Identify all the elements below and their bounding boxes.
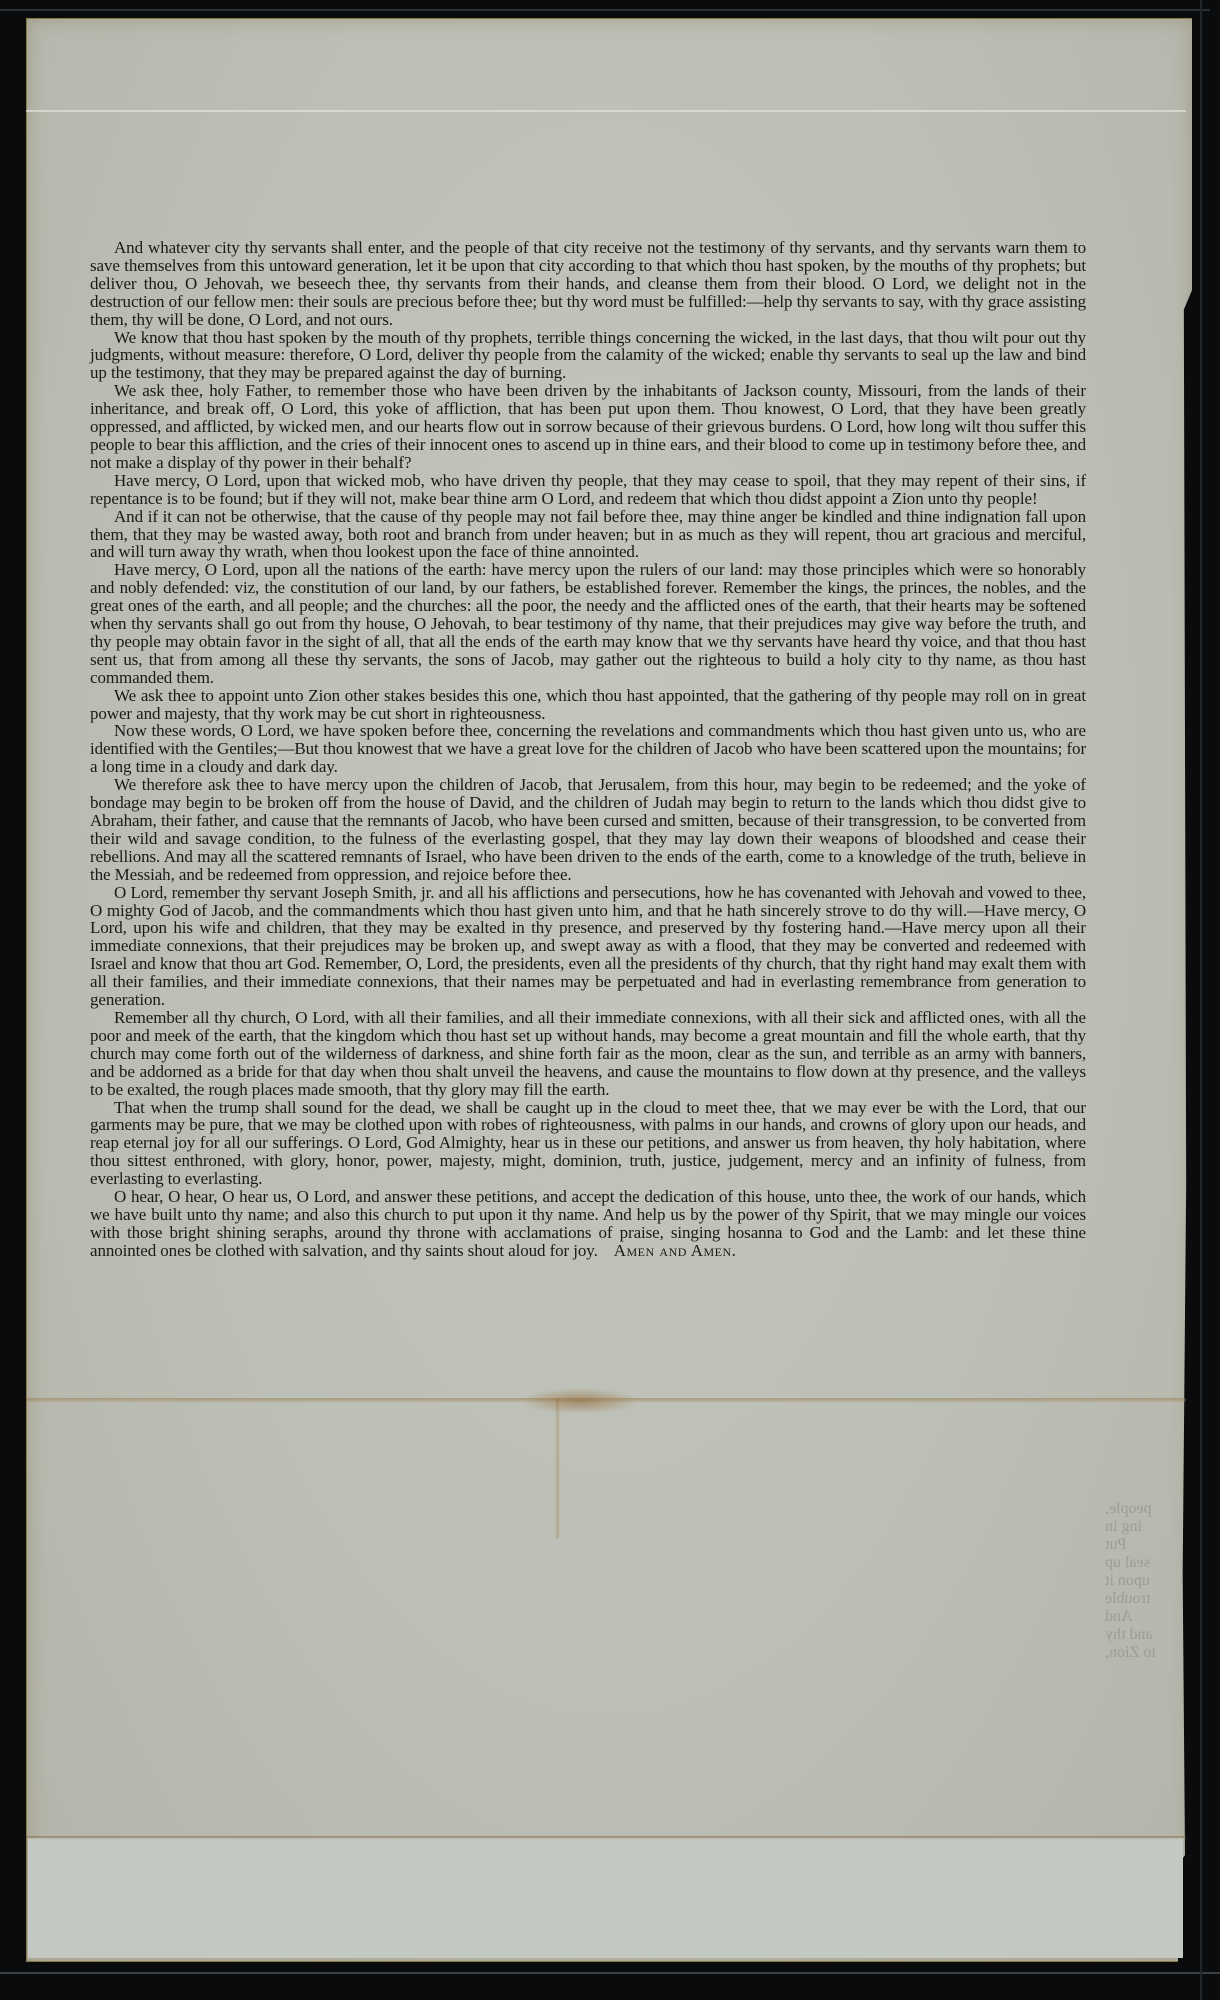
- paragraph-9: We therefore ask thee to have mercy upon…: [90, 776, 1086, 883]
- prayer-text: And whatever city thy servants shall ent…: [90, 239, 1086, 1260]
- paragraph-10: O Lord, remember thy servant Joseph Smit…: [90, 884, 1086, 1009]
- closing-amen: Amen and Amen.: [614, 1241, 737, 1260]
- bleed-line: people,: [1105, 1500, 1175, 1518]
- fold-crease-bottom: [26, 1836, 1186, 1839]
- fold-crease-top: [26, 110, 1186, 112]
- bleed-line: Put: [1105, 1536, 1175, 1554]
- paragraph-4: Have mercy, O Lord, upon that wicked mob…: [90, 472, 1086, 508]
- fold-crease-vertical: [555, 1398, 560, 1538]
- bleed-line: to Zion,: [1105, 1644, 1175, 1662]
- paper-bottom-flap: [28, 1838, 1183, 1958]
- paragraph-7: We ask thee to appoint unto Zion other s…: [90, 687, 1086, 723]
- paragraph-12: That when the trump shall sound for the …: [90, 1099, 1086, 1189]
- frame-border-top: [0, 9, 1210, 11]
- paragraph-13-text: O hear, O hear, O hear us, O Lord, and a…: [90, 1187, 1086, 1260]
- water-stain: [520, 1388, 640, 1414]
- paragraph-11: Remember all thy church, O Lord, with al…: [90, 1009, 1086, 1099]
- bleed-line: seal up: [1105, 1554, 1175, 1572]
- paragraph-2: We know that thou hast spoken by the mou…: [90, 329, 1086, 383]
- frame-border-right: [1200, 0, 1202, 2000]
- bleed-line: ing in: [1105, 1518, 1175, 1536]
- bleed-line: And: [1105, 1608, 1175, 1626]
- paragraph-6: Have mercy, O Lord, upon all the nations…: [90, 561, 1086, 686]
- frame-border-bottom: [0, 1972, 1220, 1974]
- bleed-line: trouble: [1105, 1590, 1175, 1608]
- paragraph-13: O hear, O hear, O hear us, O Lord, and a…: [90, 1188, 1086, 1260]
- bleed-through-text: people, ing in Put seal up upon it troub…: [1105, 1500, 1175, 1662]
- paragraph-3: We ask thee, holy Father, to remember th…: [90, 382, 1086, 472]
- paragraph-1: And whatever city thy servants shall ent…: [90, 239, 1086, 329]
- paragraph-8: Now these words, O Lord, we have spoken …: [90, 722, 1086, 776]
- paragraph-5: And if it can not be otherwise, that the…: [90, 508, 1086, 562]
- bleed-line: upon it: [1105, 1572, 1175, 1590]
- bleed-line: and thy: [1105, 1626, 1175, 1644]
